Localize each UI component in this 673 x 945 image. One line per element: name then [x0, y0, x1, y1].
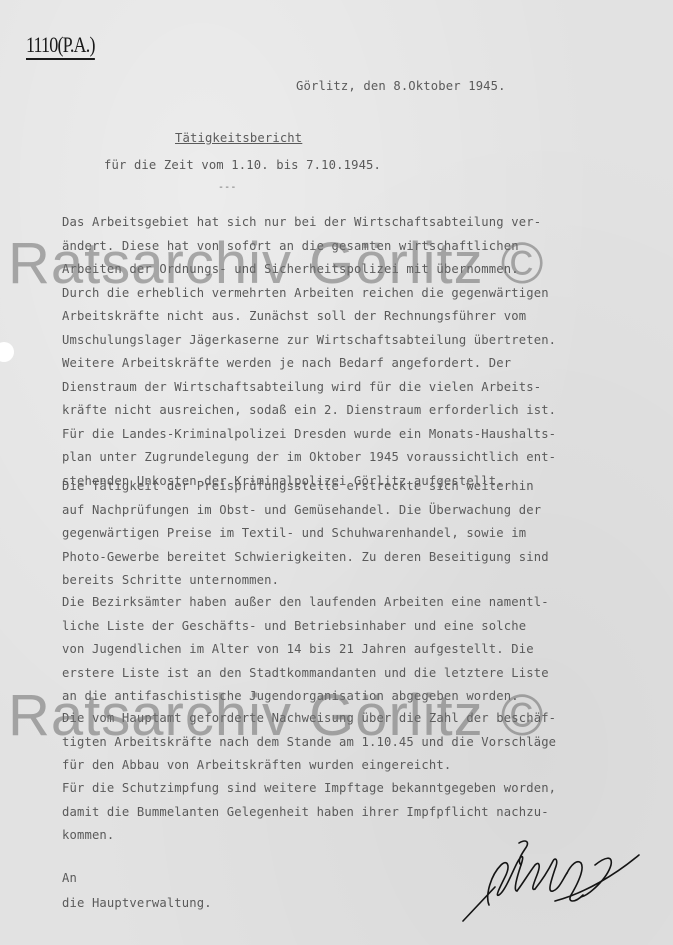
punch-hole	[0, 342, 14, 362]
document-title: Tätigkeitsbericht	[175, 127, 302, 151]
paragraph-2: Die Tätigkeit der Preisprüfungsstelle er…	[62, 475, 549, 593]
watermark: Ratsarchiv Görlitz ©	[8, 234, 545, 294]
separator: ---	[218, 176, 237, 200]
document-page: 1110(P.A.) Görlitz, den 8.Oktober 1945. …	[0, 0, 673, 945]
recipient-line-2: die Hauptverwaltung.	[62, 892, 212, 916]
report-period: für die Zeit vom 1.10. bis 7.10.1945.	[104, 154, 381, 178]
file-number: 1110(P.A.)	[26, 32, 95, 60]
place-date: Görlitz, den 8.Oktober 1945.	[296, 75, 506, 99]
recipient-line-1: An	[62, 867, 77, 891]
signature	[455, 835, 645, 925]
watermark: Ratsarchiv Görlitz ©	[8, 686, 545, 746]
